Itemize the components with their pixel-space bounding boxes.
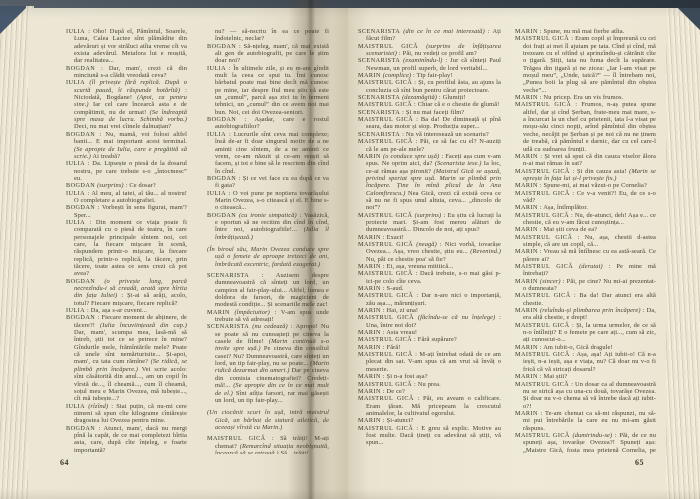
stage-direction: (Un ciocănit scurt în ușă, intră maistru…: [207, 409, 329, 431]
speaker-name: MARIN: [515, 182, 538, 189]
dialogue-paragraph: BOGDAN : Să-nțeleg, mam', că mai există …: [207, 43, 329, 65]
speaker-name: MAISTRUL GICĂ: [358, 292, 413, 299]
dialogue-paragraph: MARIN : Exact!: [358, 234, 501, 241]
dialogue-paragraph: IULIA : În ultimele zile, și eu m-am gîn…: [207, 65, 329, 116]
dialogue-paragraph: MARIN : Mai știi ceva de ea?: [515, 226, 656, 233]
speaker-name: MAISTRUL GICĂ: [515, 263, 573, 270]
dialogue-paragraph: MARIN : Spune-mi, ai mai văzut-o pe Corn…: [515, 182, 656, 189]
speaker-name: MARIN: [358, 263, 381, 270]
dialogue-paragraph: SCENARISTA : Auzisem despre dumneavoastr…: [207, 272, 329, 309]
left-page-column-1: IULIA : Oho! După el, Pămîntul, Soarele,…: [66, 28, 187, 454]
speaker-name: MARIN: [358, 234, 381, 241]
dialogue-paragraph: MARIN : Mai știi?: [515, 373, 656, 380]
speaker-name: MAISTRUL GICĂ: [515, 381, 569, 388]
speaker-name: BOGDAN: [66, 278, 95, 285]
speaker-name: MAISTRUL GICĂ: [358, 116, 413, 123]
speaker-name: MAISTRUL GICĂ: [515, 101, 571, 108]
speaker-name: MARIN: [358, 417, 381, 424]
book-spread: IULIA : Oho! După el, Pămîntul, Soarele,…: [28, 8, 666, 499]
speaker-name: MAISTRUL GICĂ: [515, 292, 571, 299]
dialogue-paragraph: IULIA : Din moment ce viața poate fi com…: [66, 219, 187, 278]
page-number-right: 65: [635, 458, 644, 467]
dialogue-paragraph: MAISTRUL GICĂ (făcîndu-se că nu înțelege…: [358, 314, 501, 329]
dialogue-paragraph: MARIN : Și-atunci?: [358, 417, 501, 424]
dialogue-paragraph: MAISTRUL GICĂ : Chiar că e o chestie de …: [358, 101, 501, 108]
dialogue-paragraph: SCENARISTA (nu cedează) : Apropo! Nu se …: [207, 323, 329, 404]
dialogue-paragraph: IULIA (îl privește fără replică. După o …: [66, 79, 187, 130]
speaker-name: MAISTRUL GICĂ: [515, 234, 572, 241]
speaker-name: IULIA: [66, 79, 85, 86]
speaker-name: BOGDAN: [207, 43, 236, 50]
speaker-name: MAISTRUL GICĂ: [515, 35, 569, 42]
speaker-name: MAISTRUL GICĂ: [358, 241, 413, 248]
dialogue-paragraph: MAISTRUL GICĂ : Ce v-a venit?! Eu, de ce…: [515, 190, 656, 205]
dialogue-paragraph: BOGDAN : Așadar, care e rostul autobiogr…: [207, 116, 329, 131]
speaker-name: IULIA: [66, 219, 85, 226]
speaker-name: MARIN: [515, 226, 538, 233]
open-book-photo: IULIA : Oho! După el, Pămîntul, Soarele,…: [0, 0, 700, 499]
dialogue-paragraph: IULIA : Oho! După el, Pămîntul, Soarele,…: [66, 28, 187, 65]
speaker-name: MARIN: [358, 285, 381, 292]
speaker-name: MAISTRUL GICĂ: [358, 351, 413, 358]
dialogue-paragraph: BOGDAN : Dar, mam', crezi că din minciun…: [66, 65, 187, 80]
left-page-columns: IULIA : Oho! După el, Pămîntul, Soarele,…: [66, 28, 348, 454]
dialogue-paragraph: MAISTRUL GICĂ : Un dosar ca al dumneavoa…: [515, 381, 656, 410]
speaker-name: MAISTRUL GICĂ: [358, 101, 412, 108]
speaker-name: MAISTRUL GICĂ: [358, 395, 414, 402]
speaker-name: MARIN: [515, 153, 538, 160]
speaker-name: IULIA: [207, 65, 226, 72]
dialogue-continuation: nu? — să-nscriu în ea ce poate fi îndoie…: [207, 28, 329, 43]
speaker-name: MARIN: [515, 204, 538, 211]
speaker-name: BOGDAN: [207, 212, 236, 219]
dialogue-paragraph: MAISTRUL GICĂ : Și, la urma urmelor, de …: [515, 322, 656, 344]
speaker-name: MAISTRUL GICĂ: [358, 79, 412, 86]
speaker-name: BOGDAN: [66, 182, 95, 189]
speaker-name: MAISTRUL GICĂ: [515, 432, 570, 439]
dialogue-paragraph: MAISTRUL GICĂ (neagă) : Nici vorbă, tova…: [358, 241, 501, 263]
speaker-name: MARIN: [515, 248, 538, 255]
dialogue-paragraph: MAISTRUL GICĂ : Așa, așa! Ați iubit-o! C…: [515, 351, 656, 373]
speaker-name: MARIN: [358, 72, 381, 79]
dialogue-paragraph: MAISTRUL GICĂ : Dacă trebuie, s-o mai gă…: [358, 270, 501, 285]
speaker-name: MARIN: [515, 278, 538, 285]
speaker-name: IULIA: [66, 28, 85, 35]
speaker-name: IULIA: [66, 190, 85, 197]
dialogue-paragraph: IULIA : Al meu, al tatei, al tău... al n…: [66, 190, 187, 205]
dialogue-paragraph: MARIN : Și n-a fost așa?: [358, 373, 501, 380]
dialogue-paragraph: IULIA (rîzînd) : Stai puțin, că nu-mi ce…: [66, 403, 187, 425]
dialogue-paragraph: IULIA : O voi pune pe noptiera tovarășul…: [207, 190, 329, 212]
speaker-name: MAISTRUL GICĂ: [515, 168, 570, 175]
speaker-name: BOGDAN: [66, 204, 95, 211]
speaker-name: IULIA: [207, 190, 226, 197]
speaker-name: MARIN: [515, 344, 538, 351]
dialogue-paragraph: BOGDAN (cu ironie simpatică) : Vasăzică,…: [207, 212, 329, 241]
dialogue-paragraph: MAISTRUL GICĂ : Frumos, n-aș putea spune…: [515, 101, 656, 152]
dialogue-paragraph: BOGDAN : Atunci, mam', dacă nu mergi pîn…: [66, 425, 187, 454]
speaker-name: MARIN: [515, 28, 538, 35]
speaker-name: MARIN: [358, 388, 381, 395]
speaker-name: MAISTRUL GICĂ: [358, 425, 413, 432]
page-edges-right: [662, 8, 700, 499]
left-page-column-2: nu? — să-nscriu în ea ce poate fi îndoie…: [207, 28, 329, 454]
speaker-name: MAISTRUL GICĂ: [358, 336, 412, 343]
speaker-name: BOGDAN: [207, 116, 236, 123]
right-page-columns: SCENARISTA (din ce în ce mai interesată)…: [358, 28, 666, 454]
dialogue-paragraph: MAISTRUL GICĂ : Nu, de-atunci, deh! Așa …: [515, 212, 656, 227]
dialogue-paragraph: MAISTRUL GICĂ : Fără supărare?: [358, 336, 501, 343]
speaker-name: BOGDAN: [66, 314, 95, 321]
dialogue-paragraph: MAISTRUL GICĂ : M-ați întrebat odată de …: [358, 351, 501, 373]
speaker-name: MAISTRUL GICĂ: [515, 190, 570, 197]
speaker-name: MARIN: [358, 153, 381, 160]
right-page-column-1: SCENARISTA (din ce în ce mai interesată)…: [358, 28, 501, 454]
speaker-name: MAISTRUL GICĂ: [358, 138, 413, 145]
dialogue-paragraph: MAISTRUL GICĂ : Și, cu profilul ăsta, au…: [358, 79, 501, 94]
dialogue-paragraph: BOGDAN : Și ce vei face cu ea după ce va…: [207, 175, 329, 190]
dialogue-paragraph: MAISTRUL GICĂ : Nu, așa, chestii d-astea…: [515, 234, 656, 249]
dialogue-paragraph: MARIN (o conduce spre ușă) : Faceți așa …: [358, 153, 501, 212]
dialogue-paragraph: MAISTRUL GICĂ : Nu prea.: [358, 381, 501, 388]
dialogue-paragraph: MARIN (sincer) : Păi, pe cine? Nu mi-ai …: [515, 278, 656, 293]
dialogue-paragraph: MAISTRUL GICĂ : Și din cauza asta! (Mari…: [515, 168, 656, 183]
dialogue-paragraph: MARIN : Te-am chemat ca să-mi răspunzi, …: [515, 410, 656, 432]
speaker-name: IULIA: [207, 131, 226, 138]
dialogue-paragraph: BOGDAN (o privește lung, parcă necrezînd…: [66, 278, 187, 307]
dialogue-paragraph: MARIN : Și vrei să spui că din cauza vis…: [515, 153, 656, 168]
dialogue-paragraph: BOGDAN (surprins) : Ce dosar?: [66, 182, 187, 189]
page-number-left: 64: [60, 458, 69, 467]
speaker-name: MARIN: [515, 373, 538, 380]
speaker-name: MARIN: [358, 307, 381, 314]
dialogue-paragraph: MAISTRUL GICĂ : Dar n-are nici o importa…: [358, 292, 501, 307]
speaker-name: BOGDAN: [207, 175, 236, 182]
dialogue-paragraph: SCENARISTA (examinîndu-l) : Jur că sînte…: [358, 57, 501, 72]
speaker-name: MARIN: [515, 410, 538, 417]
speaker-name: MAISTRUL GICĂ: [358, 212, 412, 219]
dialogue-paragraph: MARIN (reluîndu-și plimbarea prin încăpe…: [515, 307, 656, 322]
speaker-name: MARIN: [358, 373, 381, 380]
dialogue-paragraph: IULIA : Da. Lipsește o piesă de la dosar…: [66, 160, 187, 182]
dialogue-paragraph: MAISTRUL GICĂ (derutat) : Pe mine mă înt…: [515, 263, 656, 278]
speaker-name: BOGDAN: [66, 131, 95, 138]
speaker-name: MAISTRUL GICĂ: [515, 351, 570, 358]
dialogue-paragraph: SCENARISTA (din ce în ce mai interesată)…: [358, 28, 501, 43]
dialogue-paragraph: MAISTRUL GICĂ (dumirindu-se) : Păi, de c…: [515, 432, 656, 454]
dialogue-paragraph: MARIN (împăciuitor) : V-am spus unde tre…: [207, 309, 329, 324]
speaker-name: MAISTRUL GICĂ: [207, 435, 266, 442]
dialogue-paragraph: IULIA : Lucrurile sînt ceva mai complexe…: [207, 131, 329, 175]
speaker-name: MAISTRUL GICĂ: [358, 270, 413, 277]
speaker-name: SCENARISTA: [207, 323, 249, 330]
dialogue-paragraph: IULIA : Da, așa s-ar cuveni...: [66, 307, 187, 314]
speaker-name: MAISTRUL GICĂ: [358, 43, 418, 50]
book-page-right: SCENARISTA (din ce în ce mai interesată)…: [348, 8, 666, 499]
right-page-column-2: MARIN : Spune, nu mă mai fierbe atîta.MA…: [515, 28, 656, 454]
speaker-name: SCENARISTA: [207, 272, 249, 279]
dialogue-paragraph: BOGDAN : Vorbești în sens figurat, mam'?…: [66, 204, 187, 219]
dialogue-paragraph: MAISTRUL GICĂ (surprins) : Eu știu că lu…: [358, 212, 501, 234]
speaker-name: MAISTRUL GICĂ: [515, 322, 570, 329]
speaker-name: SCENARISTA: [358, 57, 400, 64]
dialogue-paragraph: BOGDAN : Fiecare moment de abținere, de …: [66, 314, 187, 402]
dialogue-paragraph: MAISTRUL GICĂ : Păi, ce să fac cu el? N-…: [358, 138, 501, 153]
speaker-name: MAISTRUL GICĂ: [358, 381, 412, 388]
dialogue-paragraph: MARIN : Vreau să mă întîlnesc cu ea astă…: [515, 248, 656, 263]
dialogue-paragraph: MAISTRUL GICĂ (surprins de înfățișarea s…: [358, 43, 501, 58]
speaker-name: BOGDAN: [66, 425, 95, 432]
speaker-name: MAISTRUL GICĂ: [515, 212, 569, 219]
speaker-name: IULIA: [66, 160, 85, 167]
dialogue-paragraph: MAISTRUL GICĂ : Să trăiți! M-ați chemat?…: [207, 435, 329, 454]
speaker-name: MARIN: [515, 307, 538, 314]
speaker-name: BOGDAN: [66, 65, 95, 72]
dialogue-paragraph: MAISTRUL GICĂ : Păi, eu aveam o califica…: [358, 395, 501, 417]
dialogue-paragraph: MARIN : Așa, întîmplător.: [515, 204, 656, 211]
speaker-name: SCENARISTA: [358, 131, 400, 138]
speaker-name: MARIN: [207, 309, 230, 316]
speaker-name: MAISTRUL GICĂ: [358, 314, 414, 321]
speaker-name: MARIN: [358, 344, 381, 351]
dialogue-paragraph: BOGDAN : Nu, mamă, voi folosi altfel ban…: [66, 131, 187, 160]
book-page-left: IULIA : Oho! După el, Pămîntul, Soarele,…: [28, 8, 348, 499]
speaker-name: SCENARISTA: [358, 28, 400, 35]
dialogue-paragraph: MAISTRUL GICĂ : Eram copil și împreună c…: [515, 35, 656, 94]
dialogue-paragraph: MAISTRUL GICĂ : Ba da! De dimineață și p…: [358, 116, 501, 131]
speaker-name: IULIA: [66, 403, 85, 410]
dialogue-paragraph: MAISTRUL GICĂ : Ba da! Dar atunci era al…: [515, 292, 656, 307]
speaker-name: SCENARISTA: [358, 109, 400, 116]
stage-direction: (În biroul său, Marin Ovezea conduce spr…: [207, 246, 329, 268]
dialogue-paragraph: MAISTRUL GICĂ : E greu să explic. Motive…: [358, 425, 501, 447]
speaker-name: IULIA: [66, 307, 85, 314]
